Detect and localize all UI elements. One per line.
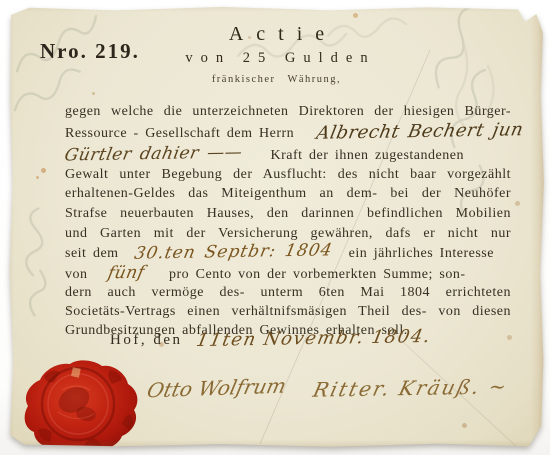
paper-sheet: Nro. 219. Actie von 25 Gulden fränkische…: [8, 6, 545, 448]
body-line-9-print2: pro Cento von der vorbemerkten Summe; so…: [169, 267, 466, 282]
body-line-3: Gürtler dahier —— Kraft der ihnen zugest…: [65, 144, 511, 166]
body-line-10: dern auch vermöge des- unterm 6ten Mai 1…: [65, 283, 511, 303]
signature-director-2: Ritter. Kräuß. ~: [311, 374, 511, 401]
currency-note: fränkischer Währung,: [8, 74, 545, 85]
handwritten-trade-residence: Gürtler dahier ——: [63, 142, 245, 165]
scanned-certificate: Nro. 219. Actie von 25 Gulden fränkische…: [0, 0, 550, 455]
body-line-8-print1: seit dem: [65, 246, 119, 261]
handwritten-start-date: 30.ten Septbr: 1804: [133, 240, 335, 263]
body-line-3-print: Kraft der ihnen zugestandenen: [271, 148, 464, 163]
foxing-spots: [8, 6, 11, 9]
body-line-6: Strafse neuerbauten Hauses, den darinnen…: [65, 204, 511, 224]
body-line-9: von fünf pro Cento von der vorbemerkten …: [65, 263, 511, 285]
body-line-2-print: Ressource - Gesellschaft dem Herrn: [65, 126, 294, 141]
handwritten-issue-date: 11ten Novembr. 1804.: [194, 326, 433, 351]
dateline-place: Hof, den: [110, 332, 183, 348]
body-line-2: Ressource - Gesellschaft dem Herrn Albre…: [65, 122, 511, 144]
body-line-8: seit dem 30.ten Septbr: 1804 ein jährlic…: [65, 242, 511, 264]
paper-sheet-wrap: Nro. 219. Actie von 25 Gulden fränkische…: [8, 6, 545, 448]
red-wax-seal: [14, 356, 144, 448]
dateline: Hof, den 11ten Novembr. 1804.: [110, 328, 430, 349]
body-line-11: Societäts-Vertrags einen verhältnifsmäsi…: [65, 302, 511, 322]
document-title: Actie: [8, 23, 545, 46]
handwritten-interest-rate: fünf: [106, 263, 147, 284]
signature-director-1: Otto Wolfrum: [145, 374, 289, 403]
body-line-4: Gewalt unter Begebung der Ausflucht: des…: [65, 165, 511, 185]
body-line-1: gegen welche die unterzeichneten Direkto…: [65, 102, 511, 122]
body-line-5: erhaltenen-Geldes das Miteigenthum an de…: [65, 184, 511, 204]
handwritten-shareholder-name: Albrecht Bechert jun: [314, 120, 524, 144]
body-line-9-print1: von: [65, 267, 88, 282]
document-subtitle: von 25 Gulden: [8, 50, 545, 67]
body-line-8-print2: ein jährliches Interesse: [349, 246, 494, 261]
